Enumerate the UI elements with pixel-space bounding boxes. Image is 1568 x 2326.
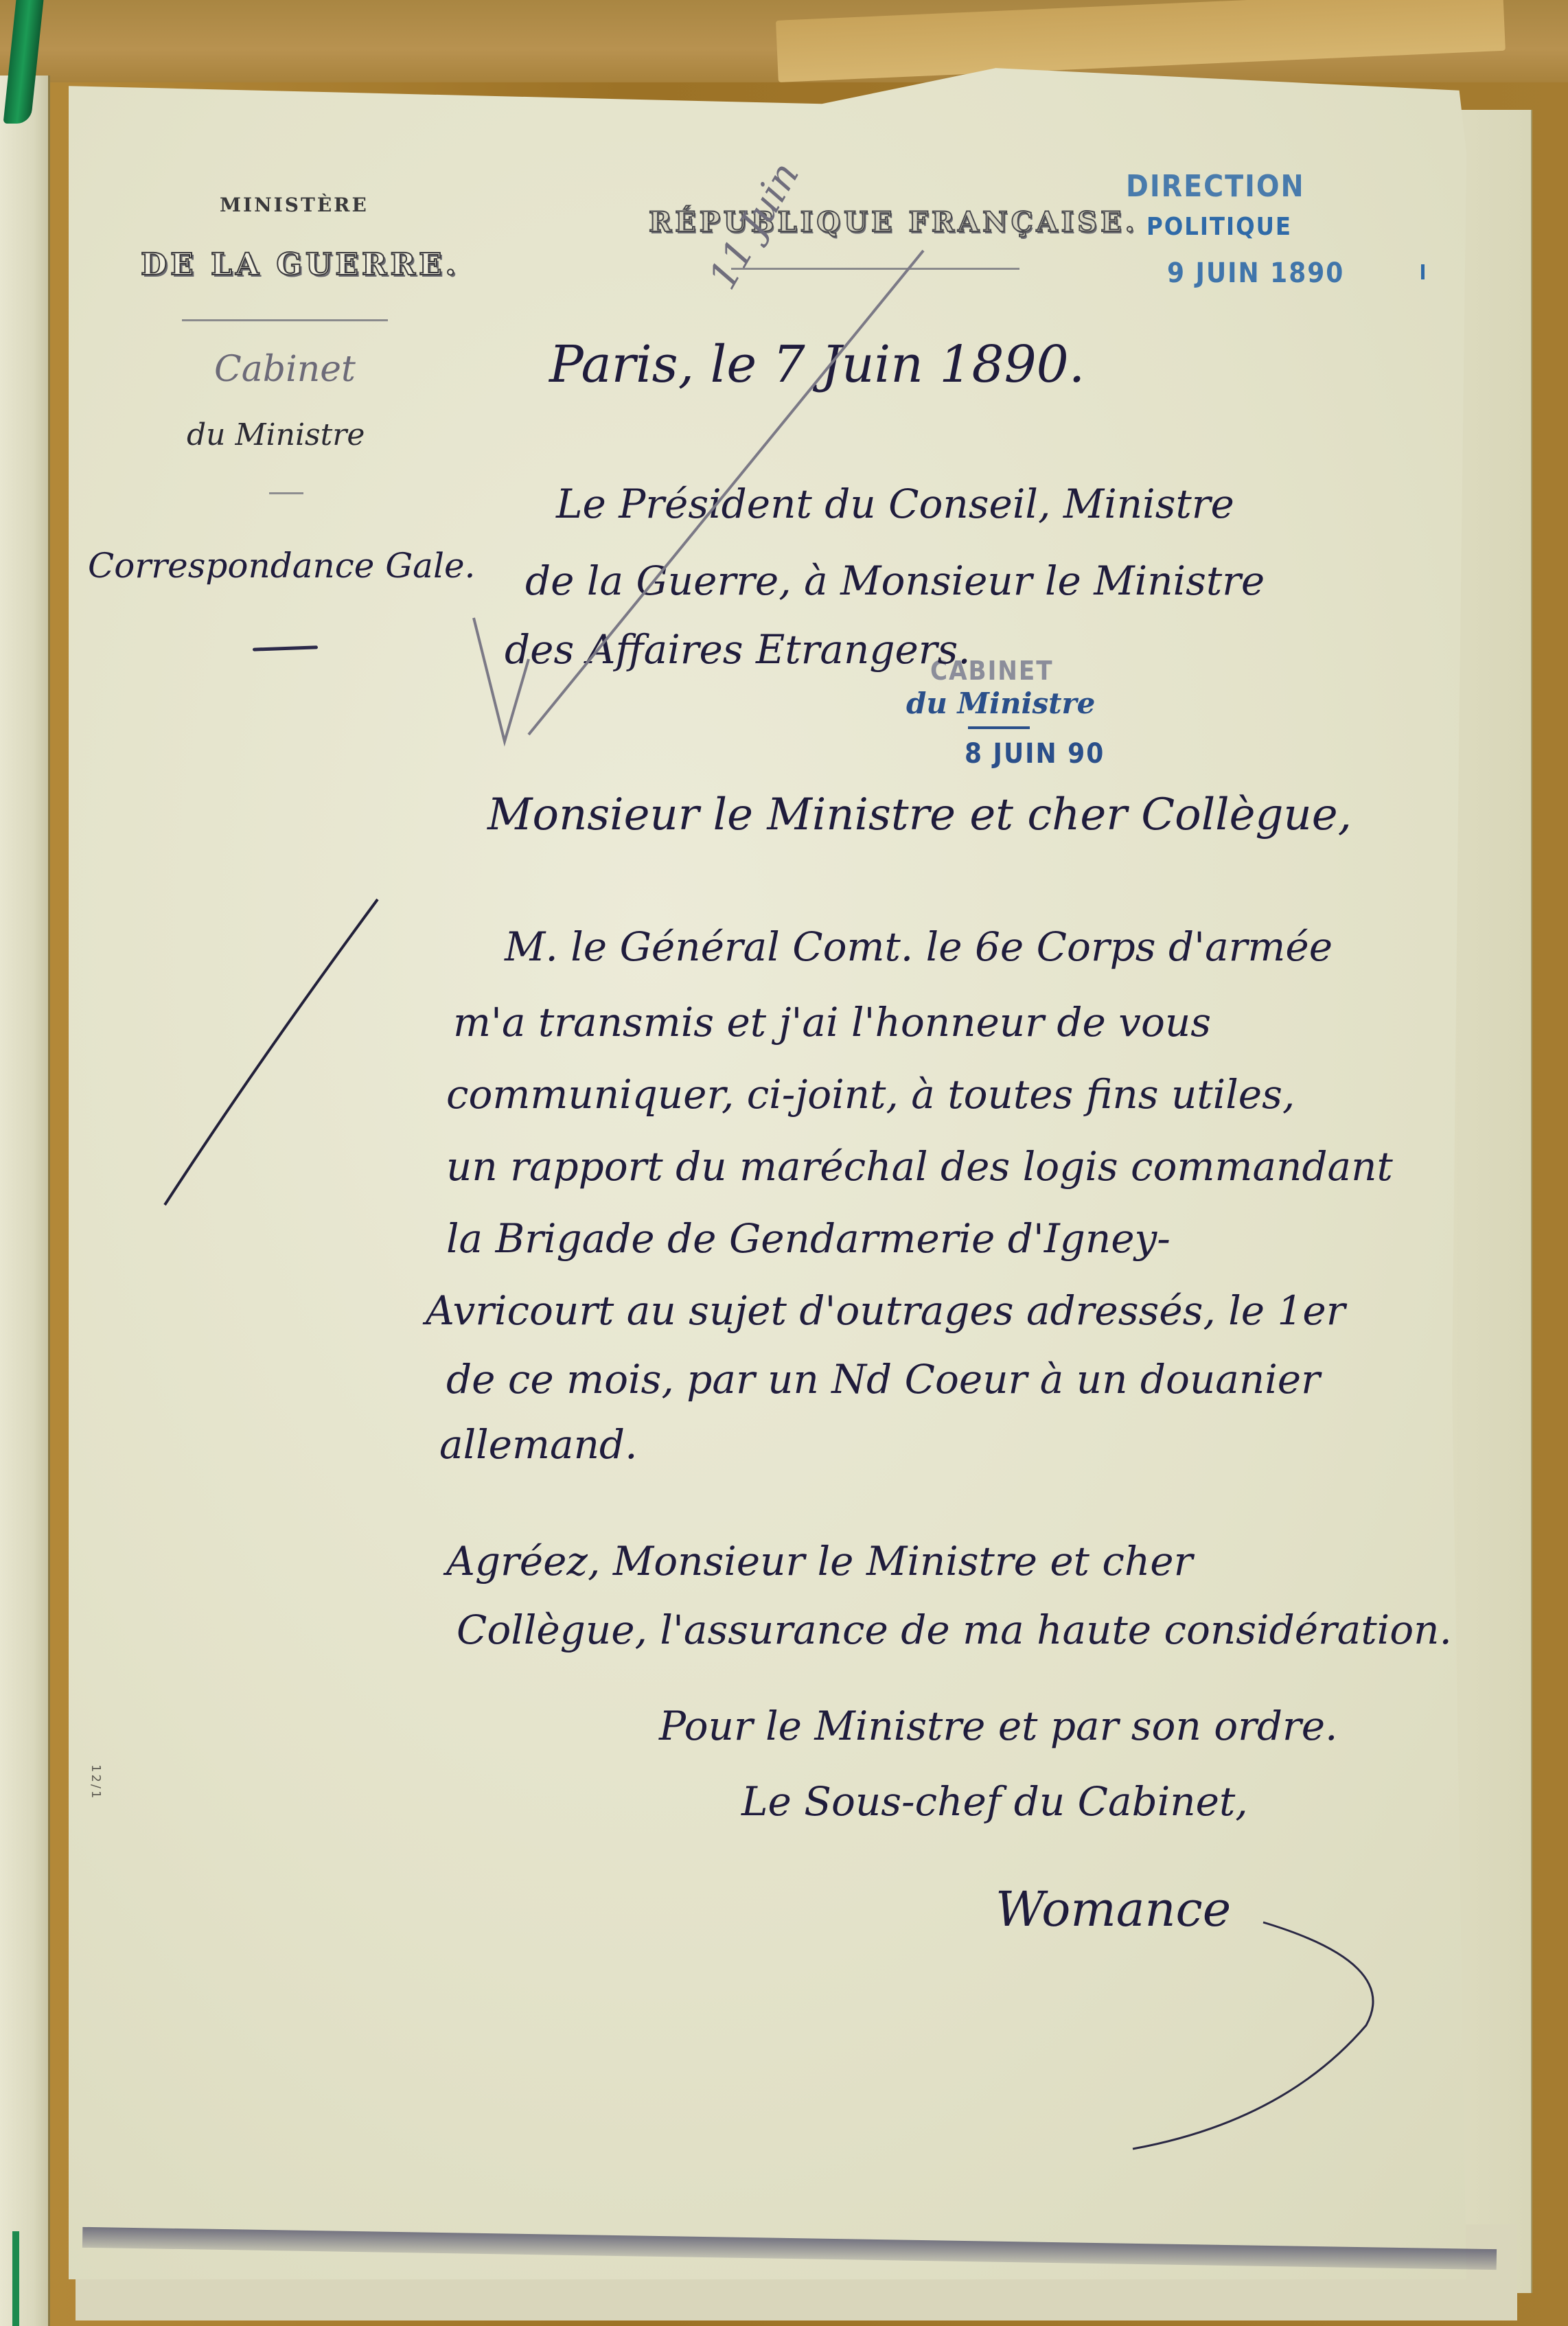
pencil-initial-mark bbox=[474, 618, 529, 741]
signature-flourish bbox=[1133, 1922, 1373, 2149]
margin-ink-stroke bbox=[165, 899, 378, 1205]
pencil-check-stroke bbox=[529, 251, 923, 735]
pen-strokes-overlay bbox=[0, 0, 1568, 2326]
